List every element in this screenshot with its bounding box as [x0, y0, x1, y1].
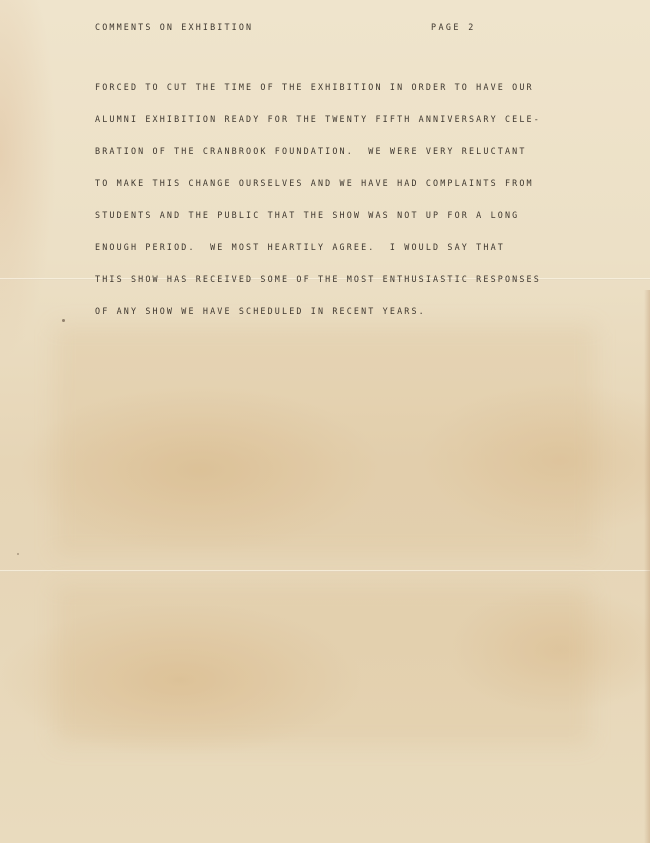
text-line: of any show we have scheduled in recent …	[95, 305, 541, 317]
document-page: Comments on Exhibition Page 2 Forced to …	[0, 0, 650, 843]
text-line: students and the public that the show wa…	[95, 209, 541, 221]
text-line: bration of the Cranbrook Foundation. We …	[95, 145, 541, 157]
paper-speck	[62, 319, 65, 322]
document-title: Comments on Exhibition	[95, 22, 253, 32]
paper-speck	[17, 553, 19, 555]
body-paragraph: Forced to cut the time of the exhibition…	[95, 61, 541, 337]
paper-stain	[55, 585, 590, 745]
text-line: enough period. We most heartily agree. I…	[95, 241, 541, 253]
paper-stain	[55, 325, 595, 555]
text-line: this show has received some of the most …	[95, 273, 541, 285]
paper-edge-shadow	[644, 290, 650, 843]
text-line: to make this change ourselves and we hav…	[95, 177, 541, 189]
text-line: Forced to cut the time of the exhibition…	[95, 81, 541, 93]
text-line: Alumni Exhibition ready for the Twenty F…	[95, 113, 541, 125]
page-number: Page 2	[431, 22, 476, 32]
paper-fold-line	[0, 570, 650, 572]
